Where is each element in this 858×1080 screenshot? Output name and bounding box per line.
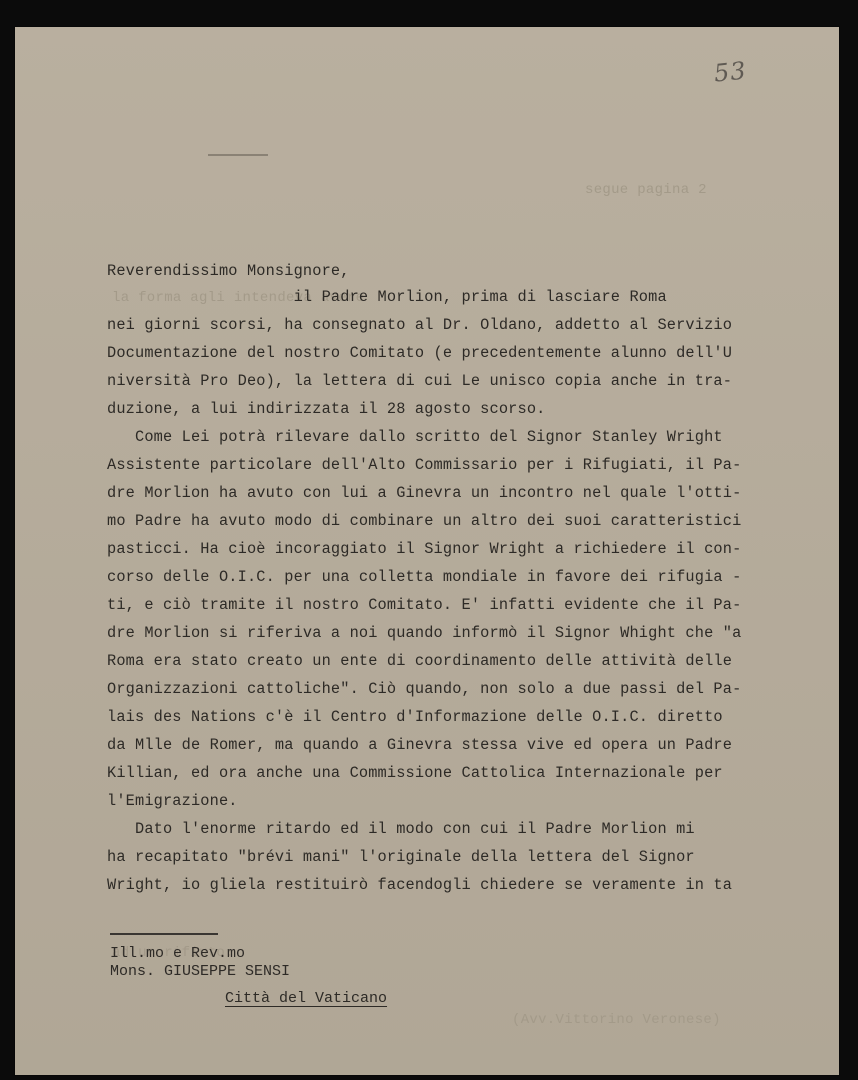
body-line: Documentazione del nostro Comitato (e pr…	[107, 344, 732, 362]
addressee-name: Mons. GIUSEPPE SENSI	[110, 963, 290, 980]
show-through-text: (Avv.Vittorino Veronese)	[512, 1012, 721, 1028]
typed-dash-mark	[208, 154, 268, 156]
body-line: da Mlle de Romer, ma quando a Ginevra st…	[107, 736, 732, 754]
body-line: lais des Nations c'è il Centro d'Informa…	[107, 708, 723, 726]
separator-rule	[110, 933, 218, 935]
body-line: dre Morlion si riferiva a noi quando inf…	[107, 624, 741, 642]
addressee-title: Ill.mo e Rev.mo	[110, 945, 245, 962]
body-line: ha recapitato "brévi mani" l'originale d…	[107, 848, 695, 866]
body-line: Dato l'enorme ritardo ed il modo con cui…	[107, 820, 695, 838]
salutation: Reverendissimo Monsignore,	[107, 262, 350, 280]
body-line: Killian, ed ora anche una Commissione Ca…	[107, 764, 723, 782]
body-line: duzione, a lui indirizzata il 28 agosto …	[107, 400, 546, 418]
body-line: Organizzazioni cattoliche". Ciò quando, …	[107, 680, 741, 698]
body-line: il Padre Morlion, prima di lasciare Roma	[107, 288, 667, 306]
body-line: l'Emigrazione.	[107, 792, 238, 810]
handwritten-page-number: 53	[713, 56, 748, 87]
body-line: Wright, io gliela restituirò facendogli …	[107, 876, 732, 894]
show-through-text: segue pagina 2	[585, 182, 707, 198]
addressee-city: Città del Vaticano	[225, 990, 387, 1007]
body-line: corso delle O.I.C. per una colletta mond…	[107, 568, 741, 586]
body-line: Assistente particolare dell'Alto Commiss…	[107, 456, 741, 474]
body-line: mo Padre ha avuto modo di combinare un a…	[107, 512, 741, 530]
body-line: Roma era stato creato un ente di coordin…	[107, 652, 732, 670]
body-line: Come Lei potrà rilevare dallo scritto de…	[107, 428, 723, 446]
body-line: pasticci. Ha cioè incoraggiato il Signor…	[107, 540, 741, 558]
body-line: ti, e ciò tramite il nostro Comitato. E'…	[107, 596, 741, 614]
body-line: niversità Pro Deo), la lettera di cui Le…	[107, 372, 732, 390]
body-line: nei giorni scorsi, ha consegnato al Dr. …	[107, 316, 732, 334]
body-line: dre Morlion ha avuto con lui a Ginevra u…	[107, 484, 741, 502]
